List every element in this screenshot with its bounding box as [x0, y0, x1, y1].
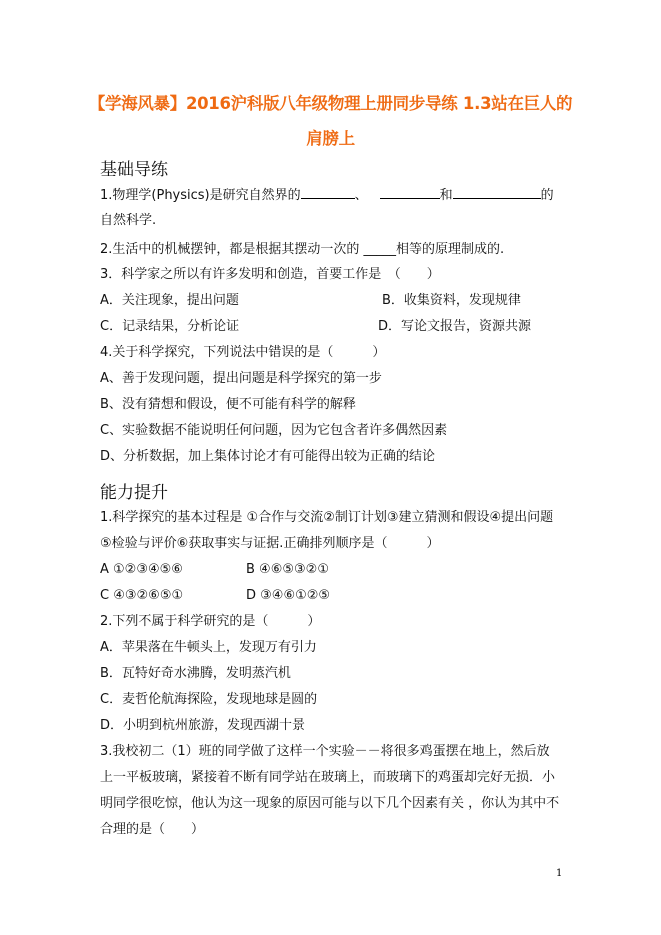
adv-q2-stem: 2.下列不属于科学研究的是（ ） [100, 614, 320, 630]
blank-1 [301, 186, 355, 199]
basic-q1-and: 和 [440, 188, 453, 203]
blank-2 [380, 186, 440, 199]
adv-q1-row2: C ④③②⑥⑤①D ③④⑥①②⑤ [100, 588, 183, 604]
adv-q1-row1: A ①②③④⑤⑥B ④⑥⑤③②① [100, 562, 183, 578]
adv-q3-line4: 合理的是（ ） [100, 822, 204, 838]
basic-q1-text: 1.物理学(Physics)是研究自然界的 [100, 188, 301, 203]
adv-q2-option-c: C．麦哲伦航海探险，发现地球是圆的 [100, 692, 317, 708]
basic-q2-text-a: 2.生活中的机械摆钟，都是根据其摆动一次的 [100, 242, 364, 257]
basic-q4-option-b: B、没有猜想和假设，便不可能有科学的解释 [100, 397, 356, 413]
basic-q3-row2: C．记录结果，分析论证D．写论文报告，资源共源 [100, 319, 239, 335]
section-heading-advanced: 能力提升 [100, 478, 168, 503]
basic-q3-row1: A．关注现象，提出问题B．收集资料，发现规律 [100, 293, 239, 309]
document-page: 【学海风暴】2016沪科版八年级物理上册同步导练 1.3站在巨人的 肩膀上 基础… [0, 0, 661, 935]
adv-q1-option-b: B ④⑥⑤③②① [246, 562, 329, 578]
document-title-line2: 肩膀上 [0, 125, 661, 149]
basic-q4-option-a: A、善于发现问题，提出问题是科学探究的第一步 [100, 371, 382, 387]
adv-q3-line1: 3.我校初二（1）班的同学做了这样一个实验－－将很多鸡蛋摆在地上，然后放 [100, 744, 550, 760]
basic-q3-option-b: B．收集资料，发现规律 [382, 293, 521, 309]
basic-q4-option-d: D、分析数据，加上集体讨论才有可能得出较为正确的结论 [100, 449, 435, 465]
adv-q2-option-b: B．瓦特好奇水沸腾，发明蒸汽机 [100, 666, 291, 682]
adv-q1-option-c: C ④③②⑥⑤① [100, 588, 183, 603]
document-title-line1: 【学海风暴】2016沪科版八年级物理上册同步导练 1.3站在巨人的 [0, 90, 661, 114]
basic-q3-option-a: A．关注现象，提出问题 [100, 293, 239, 308]
adv-q1-option-a: A ①②③④⑤⑥ [100, 562, 183, 577]
basic-q2: 2.生活中的机械摆钟，都是根据其摆动一次的 _____相等的原理制成的. [100, 242, 504, 258]
basic-q3-option-c: C．记录结果，分析论证 [100, 319, 239, 334]
adv-q3-line2: 上一平板玻璃，紧接着不断有同学站在玻璃上，而玻璃下的鸡蛋却完好无损．小 [100, 770, 555, 786]
basic-q1-line2: 自然科学. [100, 213, 156, 229]
adv-q3-line3: 明同学很吃惊，他认为这一现象的原因可能与以下几个因素有关 ，你认为其中不 [100, 796, 559, 812]
blank-3 [453, 186, 541, 199]
basic-q2-blank: _____ [364, 242, 397, 257]
adv-q1-stem-line2: ⑤检验与评价⑥获取事实与证据.正确排列顺序是（ ） [100, 536, 439, 552]
basic-q2-text-b: 相等的原理制成的. [396, 242, 504, 257]
adv-q1-stem-line1: 1.科学探究的基本过程是 ①合作与交流②制订计划③建立猜测和假设④提出问题 [100, 510, 553, 526]
basic-q4-stem: 4.关于科学探究，下列说法中错误的是（ ） [100, 345, 385, 361]
basic-q1-separator: 、 [355, 188, 368, 203]
basic-q3-option-d: D．写论文报告，资源共源 [378, 319, 531, 335]
section-heading-basic: 基础导练 [100, 155, 168, 180]
basic-q4-option-c: C、实验数据不能说明任何问题，因为它包含者许多偶然因素 [100, 423, 447, 439]
adv-q2-option-d: D．小明到杭州旅游，发现西湖十景 [100, 718, 305, 734]
adv-q2-option-a: A．苹果落在牛顿头上，发现万有引力 [100, 640, 317, 656]
page-number: 1 [556, 868, 562, 879]
basic-q1-line1: 1.物理学(Physics)是研究自然界的、和的 [100, 186, 554, 204]
basic-q3-stem: 3．科学家之所以有许多发明和创造，首要工作是 （ ） [100, 267, 440, 283]
adv-q1-option-d: D ③④⑥①②⑤ [246, 588, 330, 604]
basic-q1-end: 的 [541, 188, 554, 203]
